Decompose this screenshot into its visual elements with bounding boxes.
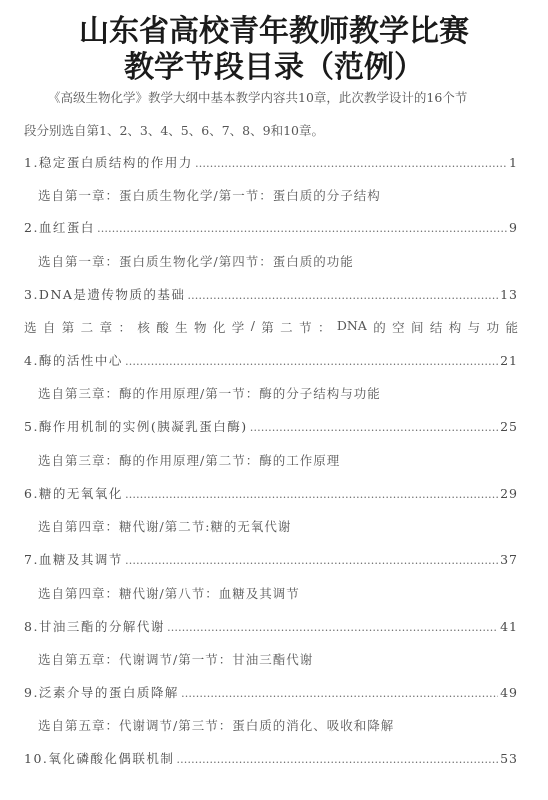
toc-entry: 10.氧化磷酸化偶联机制 53	[24, 749, 518, 767]
toc-entry-source: 选自第一章：蛋白质生物化学/第一节：蛋白质的分子结构	[38, 186, 518, 204]
toc-entry: 7.血糖及其调节 37	[24, 550, 518, 568]
toc-entry-page: 29	[500, 486, 518, 501]
toc-entry-source: 选自第四章：糖代谢/第二节:糖的无氧代谢	[38, 517, 518, 535]
char: 化	[213, 318, 226, 336]
toc-entry: 8.甘油三酯的分解代谢 41	[24, 617, 518, 635]
intro-line-2: 段分别选自第1、2、3、4、5、6、7、8、9和10章。	[24, 121, 524, 139]
toc-leader-dots	[97, 222, 507, 235]
char: 核	[137, 318, 150, 336]
toc-entry-page: 9	[509, 220, 518, 235]
page-title-line2: 教学节段目录（范例）	[0, 42, 548, 86]
toc-entry-source: 选自第一章：蛋白质生物化学/第四节：蛋白质的功能	[38, 252, 518, 270]
char: 能	[505, 318, 518, 336]
char: 节	[299, 318, 312, 336]
toc-entry-title: 3.DNA是遗传物质的基础	[24, 285, 185, 303]
toc-leader-dots	[187, 289, 498, 302]
char: ：	[318, 318, 331, 336]
toc-entry-source: 选自第三章：酶的作用原理/第二节：酶的工作原理	[38, 451, 518, 469]
toc-entry-title: 10.氧化磷酸化偶联机制	[24, 749, 174, 767]
toc-leader-dots	[167, 621, 498, 634]
toc-entry-page: 21	[500, 353, 518, 368]
char: 功	[487, 318, 500, 336]
toc-entry-page: 1	[509, 155, 518, 170]
toc-leader-dots	[125, 554, 498, 567]
toc-entry: 6.糖的无氧氧化 29	[24, 484, 518, 502]
toc-entry-page: 53	[500, 751, 518, 766]
toc-entry: 4.酶的活性中心 21	[24, 351, 518, 369]
char: 章	[100, 318, 113, 336]
toc-entry-title: 5.酶作用机制的实例(胰凝乳蛋白酶)	[24, 417, 248, 435]
toc-entry-title: 4.酶的活性中心	[24, 351, 123, 369]
toc-leader-dots	[125, 355, 498, 368]
char: 酸	[156, 318, 169, 336]
toc-entry-source: 选自第五章：代谢调节/第一节：甘油三酯代谢	[38, 650, 518, 668]
toc-entry-page: 25	[500, 419, 518, 434]
char: 物	[194, 318, 207, 336]
toc-entry-title: 9.泛素介导的蛋白质降解	[24, 683, 179, 701]
toc-entry-title: 2.血红蛋白	[24, 218, 95, 236]
char: 第	[261, 318, 274, 336]
toc-entry-title: 8.甘油三酯的分解代谢	[24, 617, 165, 635]
char: 二	[280, 318, 293, 336]
intro-line-1: 《高级生物化学》教学大纲中基本教学内容共10章，此次教学设计的16个节	[48, 88, 548, 106]
toc-entry: 5.酶作用机制的实例(胰凝乳蛋白酶) 25	[24, 417, 518, 435]
char: 的	[373, 318, 386, 336]
char: 生	[175, 318, 188, 336]
document-page: 山东省高校青年教师教学比赛 教学节段目录（范例） 《高级生物化学》教学大纲中基本…	[0, 0, 548, 800]
toc-leader-dots	[125, 488, 498, 501]
toc-entry-page: 37	[500, 552, 518, 567]
toc-entry: 2.血红蛋白 9	[24, 218, 518, 236]
toc-leader-dots	[176, 753, 498, 766]
toc-entry-source: 选自第四章：糖代谢/第八节：血糖及其调节	[38, 584, 518, 602]
char: /	[251, 318, 255, 336]
toc-entry-page: 41	[500, 619, 518, 634]
toc-entry: 1.稳定蛋白质结构的作用力 1	[24, 153, 518, 171]
char: DNA	[337, 318, 367, 336]
toc-entry-source: 选自第五章：代谢调节/第三节：蛋白质的消化、吸收和降解	[38, 716, 518, 734]
toc-entry: 9.泛素介导的蛋白质降解 49	[24, 683, 518, 701]
toc-leader-dots	[195, 157, 507, 170]
char: 空	[392, 318, 405, 336]
char: 二	[81, 318, 94, 336]
toc-entry-page: 49	[500, 685, 518, 700]
char: ：	[118, 318, 131, 336]
toc-entry-page: 13	[500, 287, 518, 302]
toc-leader-dots	[250, 421, 498, 434]
toc-entry-source: 选自第三章：酶的作用原理/第一节：酶的分子结构与功能	[38, 384, 518, 402]
char: 结	[430, 318, 443, 336]
char: 学	[232, 318, 245, 336]
toc-entry: 3.DNA是遗传物质的基础 13	[24, 285, 518, 303]
char: 间	[411, 318, 424, 336]
toc-leader-dots	[181, 687, 498, 700]
char: 自	[43, 318, 56, 336]
char: 与	[468, 318, 481, 336]
toc-entry-title: 6.糖的无氧氧化	[24, 484, 123, 502]
toc-entry-title: 1.稳定蛋白质结构的作用力	[24, 153, 193, 171]
toc-entry-title: 7.血糖及其调节	[24, 550, 123, 568]
char: 第	[62, 318, 75, 336]
char: 选	[24, 318, 37, 336]
char: 构	[449, 318, 462, 336]
toc-entry-source-justified: 选 自 第 二 章 ： 核 酸 生 物 化 学 / 第 二 节 ： DNA 的 …	[24, 318, 518, 336]
